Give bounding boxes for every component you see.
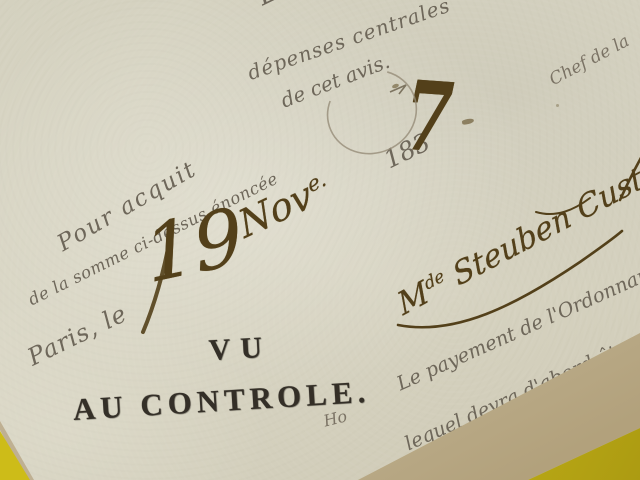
paper-sheet: Laqu dépenses centrales de cet avis. Che… (0, 0, 640, 480)
photo-of-document: Laqu dépenses centrales de cet avis. Che… (0, 0, 640, 480)
handwritten-day-19: 19 (140, 197, 248, 295)
handwritten-year-digit-7: 7 (401, 68, 456, 167)
stamp-vu: VU (208, 333, 273, 366)
ink-speck (556, 104, 559, 107)
